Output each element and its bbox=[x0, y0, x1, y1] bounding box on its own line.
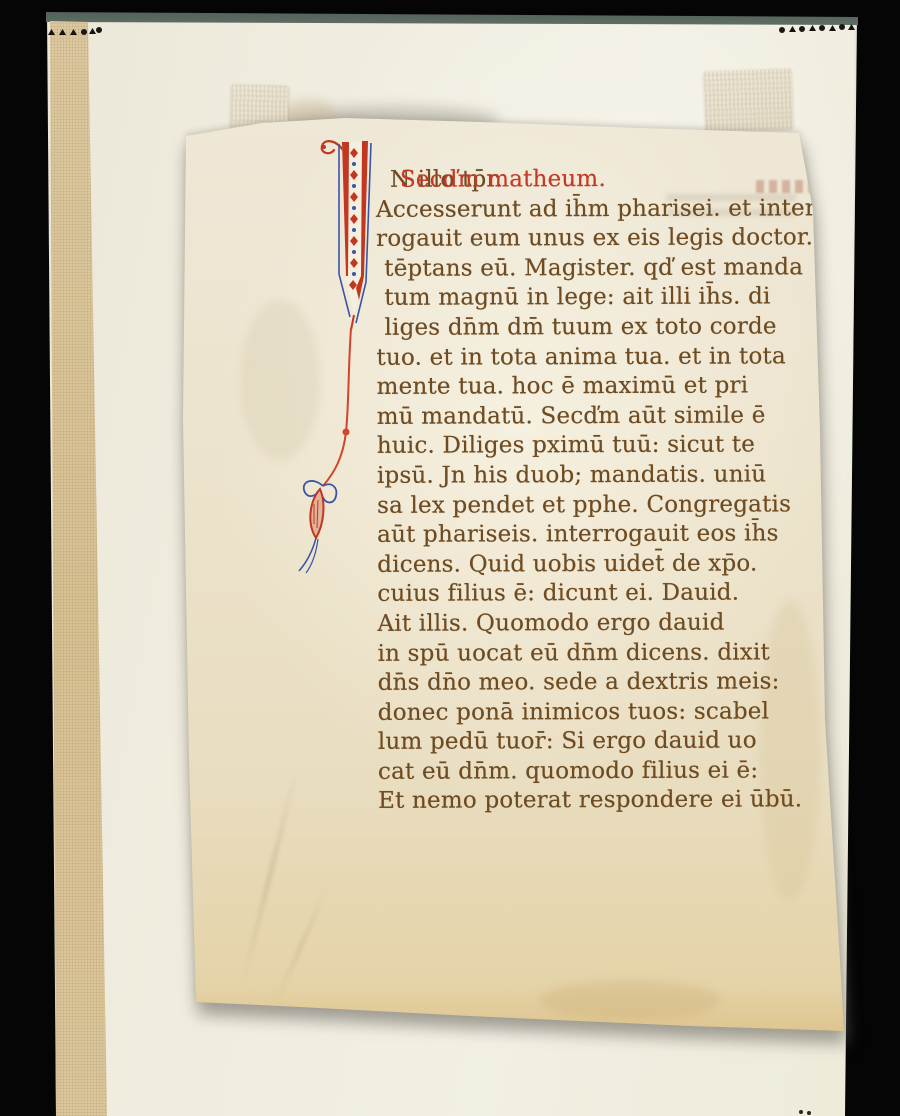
text-line: cuius filius ē: dicunt ei. Dauid. bbox=[377, 578, 845, 609]
text-line: Accesserunt ad ih̄m pharisei. et inter bbox=[376, 194, 844, 225]
text-line: aūt phariseis. interrogauit eos ih̄s bbox=[377, 519, 845, 550]
parchment-crease bbox=[240, 763, 300, 987]
text-line: Ait illis. Quomodo ergo dauid bbox=[377, 608, 845, 639]
text-line: sa lex pendet et pphe. Congregatis bbox=[377, 490, 845, 521]
photo-background: N illo tp̄r.Secďm matheum. Accesserunt a… bbox=[0, 0, 900, 1116]
incipit-line: N illo tp̄r.Secďm matheum. bbox=[376, 164, 844, 195]
text-line: mū mandatū. Secďm aūt simile ē bbox=[377, 401, 845, 432]
text-column: N illo tp̄r.Secďm matheum. Accesserunt a… bbox=[376, 164, 846, 817]
text-line: tuo. et in tota anima tua. et in tota bbox=[376, 342, 844, 373]
text-line: huic. Diliges pximū tuū: sicut te bbox=[377, 431, 845, 462]
text-line: donec ponā inimicos tuos: scabel bbox=[378, 697, 846, 728]
text-line: mente tua. hoc ē maximū et pri bbox=[377, 371, 845, 402]
manuscript-leaf: N illo tp̄r.Secďm matheum. Accesserunt a… bbox=[0, 0, 900, 1116]
rubric-heading: Secďm matheum. bbox=[400, 165, 606, 195]
text-line: in spū uocat eū dn̄m dicens. dixit bbox=[378, 638, 846, 669]
text-line: Et nemo poterat respondere ei ūbū. bbox=[378, 786, 846, 817]
text-line: tēptans eū. Magister. qď est manda bbox=[376, 253, 844, 284]
text-line: tum magnū in lege: ait illi ih̄s. di bbox=[376, 283, 844, 314]
parchment-stain bbox=[540, 980, 720, 1020]
text-line: dn̄s dn̄o meo. sede a dextris meis: bbox=[378, 667, 846, 698]
text-line: ipsū. Jn his duob; mandatis. uniū bbox=[377, 460, 845, 491]
manuscript-leaf-wrapper: N illo tp̄r.Secďm matheum. Accesserunt a… bbox=[0, 0, 900, 1116]
text-line: rogauit eum unus ex eis legis doctor. bbox=[376, 223, 844, 254]
parchment-crease bbox=[274, 885, 330, 1005]
text-line: liges dn̄m dm̄ tuum ex toto corde bbox=[376, 312, 844, 343]
text-line: lum pedū tuor̄: Si ergo dauid uo bbox=[378, 726, 846, 757]
text-line: cat eū dn̄m. quomodo filius ei ē: bbox=[378, 756, 846, 787]
text-line: dicens. Quid uobis uidet̄ de xp̄o. bbox=[377, 549, 845, 580]
